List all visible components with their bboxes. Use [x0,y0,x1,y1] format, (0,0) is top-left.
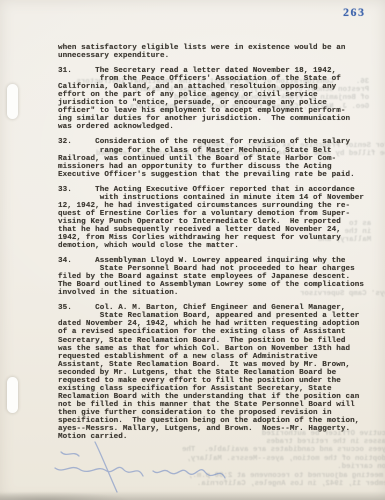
item-32: 32. Consideration of the request for rev… [58,138,380,178]
page-number: 263 [343,5,366,20]
item-34: 34. Assemblyman Lloyd W. Lowrey appeared… [58,257,380,297]
continuation-paragraph: when satisfactory eligible lists were in… [58,44,380,60]
punch-hole [7,377,18,413]
item-33: 33. The Acting Executive Officer reporte… [58,186,380,250]
item-35: 35. Col. A. M. Barton, Chief Engineer an… [58,304,380,441]
typed-body: when satisfactory eligible lists were in… [58,44,380,448]
item-31: 31. The Secretary read a letter dated No… [58,67,380,131]
punch-hole [7,84,18,119]
scan-edge-shadow [0,491,385,500]
scanned-minutes-page: 36. Consideration of the request of the … [0,0,385,500]
